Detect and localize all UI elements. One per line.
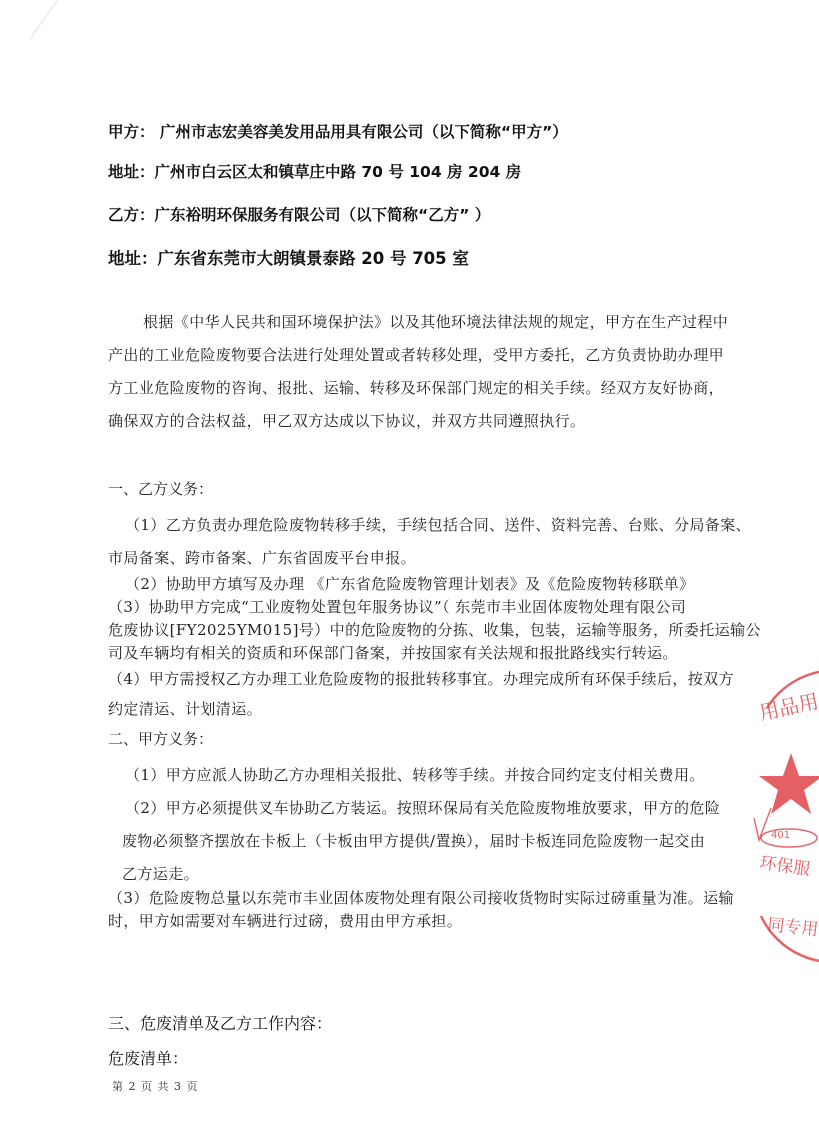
- star-icon: [759, 753, 819, 814]
- section-1-line: 市局备案、跨市备案、广东省固废平台申报。: [108, 547, 416, 568]
- section-2-line: （3）危险废物总量以东莞市丰业固体废物处理有限公司接收货物时实际过磅重量为准。运…: [108, 887, 734, 908]
- section-2-line: 废物必须整齐摆放在卡板上（卡板由甲方提供/置换），届时卡板连同危险废物一起交由: [122, 830, 705, 851]
- preamble-line: 产出的工业危险废物要合法进行处理处置或者转移处理，受甲方委托，乙方负责协助办理甲: [108, 344, 724, 365]
- svg-text:401: 401: [771, 830, 790, 841]
- section-1-line: 危废协议[FY2025YM015]号）中的危险废物的分拣、收集，包装，运输等服务…: [108, 619, 761, 640]
- section-1-line: 约定清运、计划清运。: [108, 698, 262, 719]
- section-3-subtitle: 危废清单：: [108, 1046, 188, 1069]
- section-2-line: （1）甲方应派人协助乙方办理相关报批、转移等手续。并按合同约定支付相关费用。: [125, 764, 705, 785]
- party-b-line: 乙方：广东裕明环保服务有限公司（以下简称“乙方” ）: [108, 203, 490, 225]
- section-2-line: 时，甲方如需要对车辆进行过磅，费用由甲方承担。: [108, 910, 462, 931]
- section-2-line: 乙方运走。: [122, 863, 199, 884]
- svg-text:环保服: 环保服: [758, 853, 811, 880]
- section-1-line: （1）乙方负责办理危险废物转移手续，手续包括合同、送件、资料完善、台账、分局备案…: [125, 514, 751, 535]
- party-b-address: 地址：广东省东莞市大朗镇景泰路 20 号 705 室: [108, 245, 469, 269]
- section-2-title: 二、甲方义务：: [108, 728, 213, 749]
- party-a-address: 地址：广州市白云区太和镇草庄中路 70 号 104 房 204 房: [108, 160, 521, 182]
- preamble-line: 根据《中华人民共和国环境保护法》以及其他环境法律法规的规定，甲方在生产过程中: [143, 311, 728, 332]
- svg-text:用品用: 用品用: [757, 689, 819, 725]
- page-indicator: 第 2 页 共 3 页: [112, 1078, 198, 1094]
- party-a-line: 甲方： 广州市志宏美容美发用品用具有限公司（以下简称“甲方”）: [108, 120, 568, 142]
- section-1-line: （3）协助甲方完成“工业废物处置包年服务协议”（ 东莞市丰业固体废物处理有限公司: [108, 596, 686, 617]
- preamble-line: 方工业危险废物的咨询、报批、运输、转移及环保部门规定的相关手续。经双方友好协商，: [108, 377, 724, 398]
- document-page: 甲方： 广州市志宏美容美发用品用具有限公司（以下简称“甲方”） 地址：广州市白云…: [0, 0, 819, 1140]
- company-seal-stamp: 用品用 401 环保服 同专用章: [749, 668, 819, 968]
- section-1-title: 一、乙方义务：: [108, 478, 213, 499]
- section-1-line: （2）协助甲方填写及办理 《广东省危险废物管理计划表》及《危险废物转移联单》: [125, 573, 695, 594]
- section-2-line: （2）甲方必须提供叉车协助乙方装运。按照环保局有关危险废物堆放要求，甲方的危险: [125, 797, 720, 818]
- svg-text:同专用章: 同专用章: [766, 914, 819, 942]
- scan-artifact: [29, 0, 65, 40]
- section-1-line: 司及车辆均有相关的资质和环保部门备案，并按国家有关法规和报批路线实行转运。: [108, 642, 678, 663]
- preamble-line: 确保双方的合法权益，甲乙双方达成以下协议，并双方共同遵照执行。: [108, 410, 585, 431]
- section-3-title: 三、危废清单及乙方工作内容：: [108, 1011, 332, 1034]
- section-1-line: （4）甲方需授权乙方办理工业危险废物的报批转移事宜。办理完成所有环保手续后，按双…: [108, 668, 734, 689]
